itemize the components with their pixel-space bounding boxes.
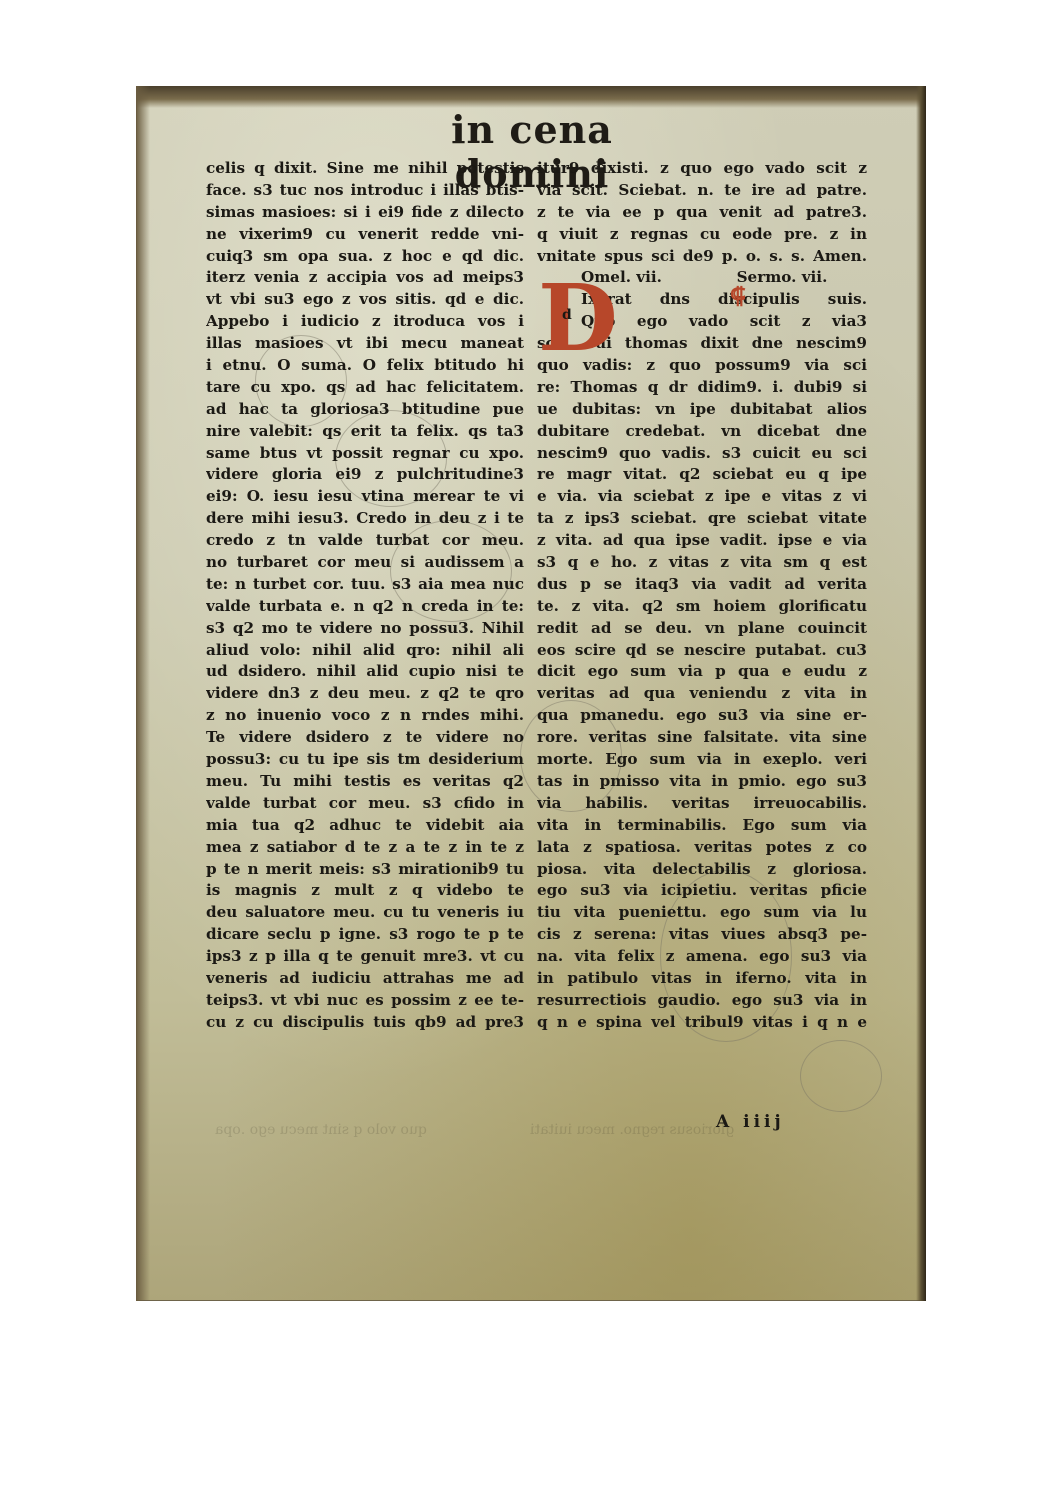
- text-line: te. z vita. q2 sm hoiem glorificatu: [537, 596, 867, 618]
- text-line: deu saluatore meu. cu tu veneris iu: [206, 902, 524, 924]
- text-line: ne vixerim9 cu venerit redde vni-: [206, 224, 524, 246]
- text-line: possu3: cu tu ipe sis tm desiderium: [206, 749, 524, 771]
- text-line: dubitare credebat. vn dicebat dne: [537, 421, 867, 443]
- text-line: itur9 dixisti. z quo ego vado scit z: [537, 158, 867, 180]
- text-line: tas in pmisso vita in pmio. ego su3: [537, 771, 867, 793]
- text-line: same btus vt possit regnar cu xpo.: [206, 443, 524, 465]
- text-line: simas masioes: si i ei9 fide z dilecto: [206, 202, 524, 224]
- text-line: z te via ee p qua venit ad patre3.: [537, 202, 867, 224]
- text-line: valde turbat cor meu. s3 cfido in: [206, 793, 524, 815]
- rubricated-initial: D: [538, 270, 590, 380]
- text-line: celis q dixit. Sine me nihil potestis: [206, 158, 524, 180]
- text-line: eos scire qd se nescire putabat. cu3: [537, 640, 867, 662]
- text-line: vita in terminabilis. Ego sum via: [537, 815, 867, 837]
- text-line: teips3. vt vbi nuc es possim z ee te-: [206, 990, 524, 1012]
- text-line: dicit ego sum via p qua e eudu z: [537, 661, 867, 683]
- text-line: s3 q e ho. z vitas z vita sm q est: [537, 552, 867, 574]
- text-line: z no inuenio voco z n rndes mihi.: [206, 705, 524, 727]
- text-line: ego su3 via icipietiu. veritas pficie: [537, 880, 867, 902]
- text-line: face. s3 tuc nos introduc i illas btis-: [206, 180, 524, 202]
- text-line: dere mihi iesu3. Credo in deu z i te: [206, 508, 524, 530]
- text-line: redit ad se deu. vn plane couincit: [537, 618, 867, 640]
- text-line: te: n turbet cor. tuu. s3 aia mea nuc: [206, 574, 524, 596]
- text-line: dus p se itaq3 via vadit ad verita: [537, 574, 867, 596]
- text-line: valde turbata e. n q2 n creda in te:: [206, 596, 524, 618]
- text-line: q viuit z regnas cu eode pre. z in: [537, 224, 867, 246]
- text-line: re: Thomas q dr didim9. i. dubi9 si: [537, 377, 867, 399]
- text-line: ad hac ta gloriosa3 btitudine pue: [206, 399, 524, 421]
- text-line: veneris ad iudiciu attrahas me ad: [206, 968, 524, 990]
- show-through-text: quo volo q sint mecu ego .opa: [215, 1122, 427, 1138]
- text-line: is magnis z mult z q videbo te: [206, 880, 524, 902]
- text-line: iterz venia z accipia vos ad meips3: [206, 267, 524, 289]
- text-line: Appebo i iudicio z itroduca vos i: [206, 311, 524, 333]
- guide-letter: d: [562, 307, 572, 323]
- text-line: tiu vita pueniettu. ego sum via lu: [537, 902, 867, 924]
- text-line: no turbaret cor meu si audissem a: [206, 552, 524, 574]
- text-line: resurrectiois gaudio. ego su3 via in: [537, 990, 867, 1012]
- text-line: tare cu xpo. qs ad hac felicitatem.: [206, 377, 524, 399]
- text-line: ta z ips3 sciebat. qre sciebat vitate: [537, 508, 867, 530]
- text-line: re magr vitat. q2 sciebat eu q ipe: [537, 464, 867, 486]
- text-line: morte. Ego sum via in exeplo. veri: [537, 749, 867, 771]
- text-line: mia tua q2 adhuc te videbit aia: [206, 815, 524, 837]
- text-line: q n e spina vel tribul9 vitas i q n e: [537, 1012, 867, 1034]
- text-line: cis z serena: vitas viues absq3 pe-: [537, 924, 867, 946]
- text-line: aliud volo: nihil alid qro: nihil ali: [206, 640, 524, 662]
- sermon-number: Sermo. vii.: [737, 268, 828, 286]
- text-line: credo z tn valde turbat cor meu.: [206, 530, 524, 552]
- text-line: e via. via sciebat z ipe e vitas z vi: [537, 486, 867, 508]
- page-fore-edge: [916, 86, 926, 1301]
- text-line: meu. Tu mihi testis es veritas q2: [206, 771, 524, 793]
- text-line: cuiq3 sm opa sua. z hoc e qd dic.: [206, 246, 524, 268]
- text-line: rore. veritas sine falsitate. vita sine: [537, 727, 867, 749]
- text-line: ud dsidero. nihil alid cupio nisi te: [206, 661, 524, 683]
- text-line: piosa. vita delectabilis z gloriosa.: [537, 859, 867, 881]
- text-line: qua pmanedu. ego su3 via sine er-: [537, 705, 867, 727]
- text-line: ue dubitas: vn ipe dubitabat alios: [537, 399, 867, 421]
- text-line: na. vita felix z amena. ego su3 via: [537, 946, 867, 968]
- text-line: lata z spatiosa. veritas potes z co: [537, 837, 867, 859]
- text-line: nescim9 quo vadis. s3 cuicit eu sci: [537, 443, 867, 465]
- text-line: cu z cu discipulis tuis qb9 ad pre3: [206, 1012, 524, 1034]
- rubricated-paragraph-mark-icon: ⸿: [730, 280, 746, 310]
- text-line: p te n merit meis: s3 mirationib9 tu: [206, 859, 524, 881]
- show-through-text: gloriosus regno. mecu iuitati: [530, 1122, 734, 1138]
- text-line: s3 q2 mo te videre no possu3. Nihil: [206, 618, 524, 640]
- text-line: z vita. ad qua ipse vadit. ipse e via: [537, 530, 867, 552]
- text-line: Te videre dsidero z te videre no: [206, 727, 524, 749]
- text-line: veritas ad qua veniendu z vita in: [537, 683, 867, 705]
- text-line: nire valebit: qs erit ta felix. qs ta3: [206, 421, 524, 443]
- text-line: videre dn3 z deu meu. z q2 te qro: [206, 683, 524, 705]
- text-line: dicare seclu p igne. s3 rogo te p te: [206, 924, 524, 946]
- text-line: in patibulo vitas in iferno. vita in: [537, 968, 867, 990]
- text-line: via scit. Sciebat. n. te ire ad patre.: [537, 180, 867, 202]
- text-line: vt vbi su3 ego z vos sitis. qd e dic.: [206, 289, 524, 311]
- text-line: i etnu. O suma. O felix btitudo hi: [206, 355, 524, 377]
- text-line: ei9: O. iesu iesu vtina merear te vi: [206, 486, 524, 508]
- left-text-column: celis q dixit. Sine me nihil potestis fa…: [206, 158, 524, 1034]
- text-line: ips3 z p illa q te genuit mre3. vt cu: [206, 946, 524, 968]
- text-line: via habilis. veritas irreuocabilis.: [537, 793, 867, 815]
- text-line: illas masioes vt ibi mecu maneat: [206, 333, 524, 355]
- text-line: videre gloria ei9 z pulchritudine3: [206, 464, 524, 486]
- text-line: mea z satiabor d te z a te z in te z: [206, 837, 524, 859]
